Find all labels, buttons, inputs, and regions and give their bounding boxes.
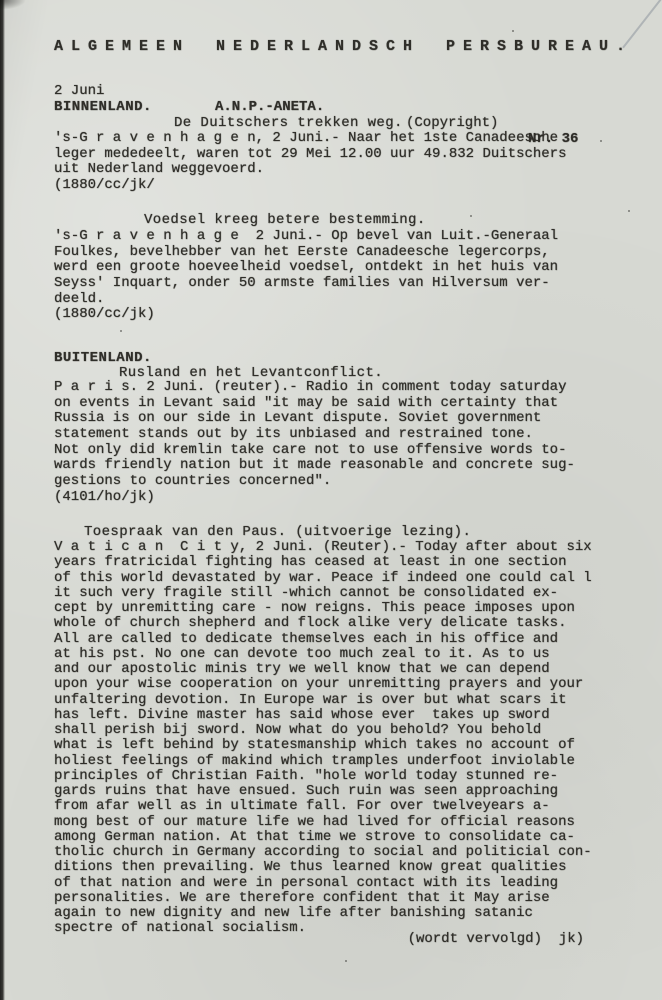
section-category-binnenland: BINNENLAND. <box>54 99 152 115</box>
text-line: from afar well as in ultimate fall. For … <box>54 799 592 814</box>
paper-speck <box>600 140 602 142</box>
text-line: Seyss' Inquart, onder 50 armste families… <box>54 276 558 292</box>
text-line: All are called to dedicate themselves ea… <box>54 632 592 647</box>
paper-speck <box>628 210 630 212</box>
text-line: 's-G r a v e n h a g e 2 Juni.- Op bevel… <box>54 229 558 245</box>
text-line: has left. Divine master has said whose e… <box>54 708 592 723</box>
paper-speck <box>512 30 514 32</box>
article-body: 's-G r a v e n h a g e n, 2 Juni.- Naar … <box>54 131 566 194</box>
text-line: again to new dignity and new life after … <box>54 906 592 921</box>
text-line: cept by unremitting care - now reigns. T… <box>54 601 592 616</box>
text-line: (4101/ho/jk) <box>54 490 575 506</box>
text-line: uit Nederland weggevoerd. <box>54 162 566 178</box>
text-line: 's-G r a v e n h a g e n, 2 Juni.- Naar … <box>54 131 566 147</box>
copyright-notice: (Copyright) <box>406 115 498 131</box>
text-line: werd een groote hoeveelheid voedsel, ont… <box>54 260 558 276</box>
text-line: shall perish bij sword. Now what do you … <box>54 723 592 738</box>
text-line: whole of church shepherd and flock alike… <box>54 616 592 631</box>
text-line: tholic church in Germany according to so… <box>54 845 592 860</box>
service-name: A.N.P.-ANETA. <box>215 99 324 115</box>
article-headline: Voedsel kreeg betere bestemming. <box>144 212 426 228</box>
text-line: of this world devastated by war. Peace i… <box>54 571 592 586</box>
article-body: P a r i s. 2 Juni. (reuter).- Radio in c… <box>54 380 575 506</box>
text-line: years fratricidal fighting has ceased at… <box>54 555 592 570</box>
text-line: (1880/cc/jk) <box>54 307 558 323</box>
paper-speck <box>345 960 347 962</box>
text-line: V a t i c a n C i t y, 2 Juni. (Reuter).… <box>54 540 592 555</box>
text-line: statement stands out by its unbiased and… <box>54 427 575 443</box>
article-headline: Toespraak van den Paus. (uitvoerige lezi… <box>84 524 471 540</box>
text-line: personalities. We are therefore confiden… <box>54 891 592 906</box>
text-line: at his pst. No one can devote too much z… <box>54 647 592 662</box>
article-body: V a t i c a n C i t y, 2 Juni. (Reuter).… <box>54 540 592 937</box>
agency-title: ALGEMEEN NEDERLANDSCH PERSBUREAU. <box>54 38 633 55</box>
text-line: what is left behind by statesmanship whi… <box>54 738 592 753</box>
text-line: mong best of our mature life we had live… <box>54 815 592 830</box>
text-line: (1880/cc/jk/ <box>54 178 566 194</box>
text-line: ditions then prevailing. We thus learned… <box>54 860 592 875</box>
text-line: P a r i s. 2 Juni. (reuter).- Radio in c… <box>54 380 575 396</box>
text-line: among German nation. At that time we str… <box>54 830 592 845</box>
section-category-buitenland: BUITENLAND. <box>54 350 152 366</box>
text-line: gestions to countries concerned". <box>54 474 575 490</box>
paper-speck <box>120 330 122 332</box>
masthead-meta-row: 2 Juni A.N.P.-ANETA. (Copyright) Nr. 36 <box>54 67 614 85</box>
scan-edge-left <box>0 0 5 1000</box>
text-line: holiest feelings of makind which trample… <box>54 754 592 769</box>
article-headline: De Duitschers trekken weg. <box>174 115 403 131</box>
text-line: Russia is on our side in Levant dispute.… <box>54 411 575 427</box>
scan-smudge <box>0 0 26 10</box>
issue-date: 2 Juni <box>54 83 104 99</box>
text-line: upon your wise cooperation on your unrem… <box>54 677 592 692</box>
continuation-note: (wordt vervolgd) jk) <box>0 931 662 947</box>
text-line: wards friendly nation but it made reason… <box>54 458 575 474</box>
text-line: gards ruins that have ensued. Such ruin … <box>54 784 592 799</box>
text-line: unfaltering devotion. In Europe war is o… <box>54 693 592 708</box>
article-body: 's-G r a v e n h a g e 2 Juni.- Op bevel… <box>54 229 558 323</box>
text-line: of that nation and were in personal cont… <box>54 876 592 891</box>
paper-speck <box>470 215 472 217</box>
text-line: and our apostolic minis try we well know… <box>54 662 592 677</box>
scanned-document-page: ALGEMEEN NEDERLANDSCH PERSBUREAU. 2 Juni… <box>0 0 662 1000</box>
text-line: principles of Christian Faith. "hole wor… <box>54 769 592 784</box>
text-line: it such very fragile still -which cannot… <box>54 586 592 601</box>
